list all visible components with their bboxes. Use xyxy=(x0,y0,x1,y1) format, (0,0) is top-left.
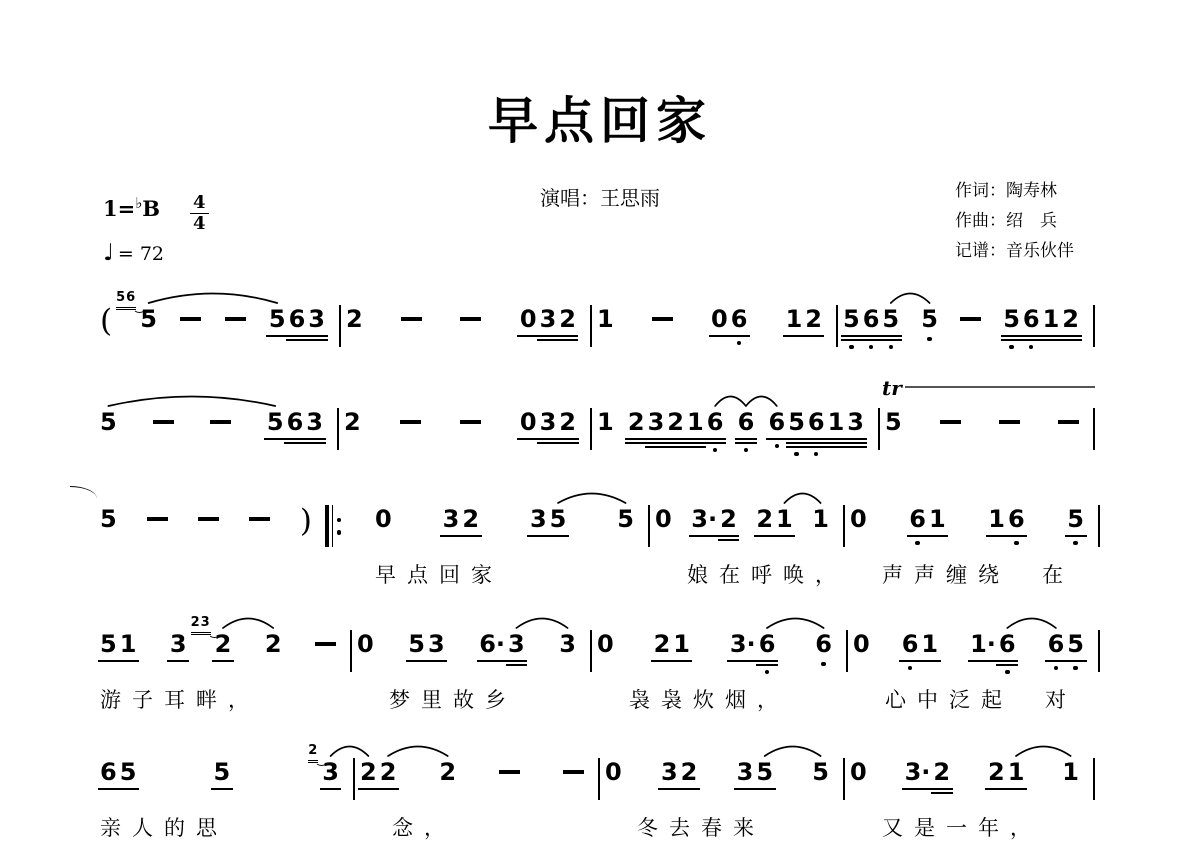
note-token: 3 xyxy=(428,630,445,662)
slur xyxy=(767,619,824,629)
beam-lines xyxy=(117,786,139,790)
lyric-line: 游子耳畔， xyxy=(100,688,260,714)
beat-group: 65 xyxy=(100,758,136,790)
note-token: 1· xyxy=(970,630,996,662)
note-token: 2 xyxy=(462,505,479,537)
dash-note xyxy=(147,505,168,533)
octave-dot xyxy=(1073,541,1078,546)
beat-group: 5 xyxy=(885,408,902,436)
slur-layer xyxy=(95,733,1103,760)
dash-note xyxy=(940,408,961,436)
key-prefix: 1= xyxy=(103,196,135,222)
note-token: 1 xyxy=(786,305,803,337)
beam-lines xyxy=(1040,333,1062,341)
dash-note xyxy=(652,305,673,333)
lyric-line: 声声缠绕 在 xyxy=(850,563,1074,589)
note-token: 2 xyxy=(344,408,361,436)
note-token: 5 xyxy=(140,305,157,333)
note-token: 3 xyxy=(508,630,525,666)
beam-lines xyxy=(735,436,757,444)
octave-dot xyxy=(1009,345,1014,350)
note-token: 1 xyxy=(988,505,1005,537)
beam-lines xyxy=(1045,658,1067,662)
slur-layer xyxy=(95,280,1103,307)
octave-dot xyxy=(814,452,819,457)
beam-lines xyxy=(645,436,667,448)
rest-token: 0 xyxy=(850,505,867,533)
note-token: 5 xyxy=(100,630,117,662)
octave-dot xyxy=(1073,666,1078,671)
note-token: 2 xyxy=(360,758,377,790)
measure: 5563 xyxy=(95,408,339,456)
beat-group: 5 xyxy=(213,758,230,790)
note-token: 3 xyxy=(648,408,665,448)
song-title: 早点回家 xyxy=(0,90,1200,152)
beam-lines xyxy=(754,786,776,790)
note-token: 1 xyxy=(1062,758,1079,786)
beam-lines xyxy=(517,333,539,337)
beam-lines xyxy=(718,533,740,541)
slur xyxy=(223,619,273,629)
composer-credit: 作曲：绍 兵 xyxy=(955,206,1074,236)
measure xyxy=(320,505,370,553)
beam-lines xyxy=(98,786,120,790)
meter-denominator: 4 xyxy=(190,213,209,234)
rest-token: 0 xyxy=(605,758,622,786)
beat-group: 12 xyxy=(786,305,822,337)
beat-group: 5 xyxy=(100,408,117,436)
dash-note xyxy=(315,630,336,658)
beam-lines xyxy=(734,786,756,790)
beat-group: 32 xyxy=(661,758,697,790)
dash-note xyxy=(563,758,584,786)
beam-lines xyxy=(786,436,808,448)
note-token: 6 xyxy=(999,630,1016,674)
slur xyxy=(331,747,369,757)
dash-note xyxy=(499,758,520,786)
beam-lines xyxy=(927,533,949,537)
beam-lines xyxy=(460,533,482,537)
octave-dot xyxy=(1005,670,1010,675)
beam-lines xyxy=(320,786,342,790)
beat-group: 0 xyxy=(375,505,392,533)
music-line: (56556320321061256555612 xyxy=(95,305,1103,353)
beam-lines xyxy=(805,436,827,448)
beat-group xyxy=(153,408,174,436)
measure: 0536·33 梦里故乡 xyxy=(352,630,592,678)
beam-lines xyxy=(783,333,805,337)
beam-lines xyxy=(985,786,1007,790)
beam-lines xyxy=(284,436,306,444)
beat-group: ) xyxy=(300,505,312,537)
note-token: 2 xyxy=(380,758,397,790)
beat-group xyxy=(999,408,1020,436)
note-token: 3 xyxy=(530,505,547,537)
note-token: 1 xyxy=(1043,305,1060,341)
beat-group: 1 xyxy=(1062,758,1079,786)
beam-lines xyxy=(986,533,1008,537)
note-token: 5 xyxy=(1003,305,1020,349)
note-token: 2 xyxy=(559,408,576,444)
dash-note xyxy=(180,305,201,333)
note-token: 2 xyxy=(1062,305,1079,341)
beat-group: 65 xyxy=(1048,630,1084,670)
note-token: 3· xyxy=(691,505,717,537)
rest-token: 0 xyxy=(520,305,537,337)
beat-group: 0 xyxy=(357,630,374,658)
beam-lines xyxy=(477,658,508,662)
note-token: 5 xyxy=(882,305,899,349)
beam-lines xyxy=(919,658,941,662)
note-token: 3 xyxy=(661,758,678,790)
beat-group: 53 xyxy=(408,630,444,662)
lyric-line: 亲人的思 xyxy=(100,816,228,842)
key-signature: 1=♭B 4 4 xyxy=(103,196,209,234)
rest-token: 0 xyxy=(375,505,392,533)
trill-marking: tr xyxy=(882,378,1095,398)
beam-lines xyxy=(406,658,428,662)
note-token: 5 xyxy=(408,630,425,662)
note-token: 1 xyxy=(921,630,938,662)
beam-lines xyxy=(899,658,921,662)
slur-layer xyxy=(95,605,1103,632)
beat-group: 32 xyxy=(443,505,479,537)
beat-group xyxy=(315,630,336,658)
note-token: 5 xyxy=(1067,630,1084,670)
measure: 032355早点回家 xyxy=(370,505,650,553)
beam-lines xyxy=(98,658,120,662)
octave-dot xyxy=(765,670,770,675)
beam-lines xyxy=(625,436,647,444)
note-token: 2 xyxy=(215,630,232,662)
rest-token: 0 xyxy=(850,758,867,786)
meter-numerator: 4 xyxy=(190,193,209,213)
tempo-marking: ♩= 72 xyxy=(103,240,164,267)
beam-lines xyxy=(825,436,847,448)
slur xyxy=(784,494,820,504)
note-token: 2 xyxy=(667,408,684,448)
octave-dot xyxy=(1054,666,1059,671)
beat-group: 23216 xyxy=(628,408,724,452)
octave-dot xyxy=(908,666,913,671)
beam-lines xyxy=(1020,333,1042,341)
beat-group: 6 xyxy=(815,630,832,666)
slur xyxy=(558,494,626,504)
beat-group: 06 xyxy=(711,305,747,345)
slur xyxy=(1007,619,1056,629)
beam-lines xyxy=(1005,786,1027,790)
beat-group: 0 xyxy=(605,758,622,786)
beam-lines xyxy=(527,533,549,537)
octave-dot xyxy=(849,345,854,350)
beat-group: 0 xyxy=(850,505,867,533)
measure: 5tr xyxy=(880,408,1095,456)
dash-note xyxy=(198,505,219,533)
beam-lines xyxy=(517,436,539,440)
measure: 5) xyxy=(95,505,320,553)
slur xyxy=(388,747,448,757)
beat-group: 21 xyxy=(988,758,1024,790)
note-token: 3 xyxy=(308,305,325,341)
slur xyxy=(891,294,930,304)
beat-group: (565 xyxy=(100,305,157,337)
note-token: 2 xyxy=(805,305,822,337)
beam-lines xyxy=(727,658,758,662)
beam-lines xyxy=(774,533,796,537)
beat-group xyxy=(400,408,421,436)
dash-note xyxy=(249,505,270,533)
beat-group xyxy=(563,758,584,786)
dash-note xyxy=(999,408,1020,436)
octave-dot xyxy=(915,541,920,546)
beam-lines xyxy=(902,786,933,790)
rest-token: 0 xyxy=(655,505,672,533)
beat-group: 35 xyxy=(530,505,566,537)
beat-group xyxy=(198,505,219,533)
beat-group: 032 xyxy=(520,408,576,444)
note-token: 6 xyxy=(909,505,926,545)
beam-lines xyxy=(756,658,778,666)
dash-note xyxy=(210,408,231,436)
lyric-line: 早点回家 xyxy=(375,563,503,589)
beat-group: 3·2 xyxy=(691,505,737,541)
grace-note: 23 xyxy=(191,616,211,635)
octave-dot xyxy=(1029,345,1034,350)
beam-lines xyxy=(1065,533,1087,537)
beat-group: 3232 xyxy=(170,630,232,662)
note-token: 3 xyxy=(540,305,557,341)
beat-group: 2 xyxy=(346,305,363,333)
dash-note xyxy=(960,305,981,333)
beat-group xyxy=(147,505,168,533)
note-token: 6 xyxy=(287,408,304,444)
note-token: 3 xyxy=(322,758,339,790)
rest-token: 0 xyxy=(597,630,614,658)
note-token: 1 xyxy=(828,408,845,448)
beat-group xyxy=(210,408,231,436)
note-token: 6 xyxy=(731,305,748,345)
slur xyxy=(765,747,821,757)
note-token: 6 xyxy=(289,305,306,341)
beat-group: 6·3 xyxy=(479,630,525,666)
beat-group xyxy=(401,305,422,333)
beam-lines xyxy=(880,333,902,341)
credits-block: 作词：陶寿林 作曲：绍 兵 记谱：音乐伙伴 xyxy=(955,176,1074,266)
note-token: 1 xyxy=(929,505,946,537)
beat-group: 21 xyxy=(654,630,690,662)
lyric-line: 又是一年， xyxy=(850,816,1042,842)
note-token: 5 xyxy=(100,505,117,533)
note-token: 5 xyxy=(885,408,902,436)
beat-group: 1 xyxy=(812,505,829,533)
grace-note: 56 xyxy=(116,291,136,310)
beat-group xyxy=(249,505,270,533)
beat-group: 51 xyxy=(100,630,136,662)
note-token: 5 xyxy=(213,758,230,790)
beam-lines xyxy=(306,333,328,341)
note-token: 2 xyxy=(756,505,773,537)
beat-group: 3·2 xyxy=(905,758,951,794)
beam-lines xyxy=(754,533,776,537)
quarter-note-icon: ♩ xyxy=(103,240,114,266)
note-token: 6 xyxy=(738,408,755,452)
note-token: 5 xyxy=(120,758,137,790)
beat-group: 5 xyxy=(921,305,938,341)
dash-note xyxy=(460,305,481,333)
beat-group xyxy=(499,758,520,786)
measure: 123216665613 xyxy=(592,408,880,456)
octave-dot xyxy=(889,345,894,350)
beam-lines xyxy=(211,786,233,790)
beat-group xyxy=(225,305,246,333)
note-token: 6· xyxy=(479,630,505,662)
beat-group: 65613 xyxy=(768,408,864,456)
beam-lines xyxy=(1006,533,1028,537)
music-line: 556320321232166656135tr xyxy=(95,408,1103,456)
beam-lines xyxy=(266,333,288,337)
parenthesis: ) xyxy=(300,505,312,537)
octave-dot xyxy=(794,452,799,457)
note-token: 3· xyxy=(905,758,931,790)
beam-lines xyxy=(766,436,788,440)
slur xyxy=(516,619,567,629)
beam-lines xyxy=(704,436,726,444)
beat-group xyxy=(960,305,981,333)
octave-dot xyxy=(713,448,718,453)
beat-group: 5 xyxy=(100,505,117,533)
beam-lines xyxy=(286,333,308,341)
lyric-line: 冬去春来 xyxy=(605,816,765,842)
beat-group xyxy=(180,305,201,333)
beam-lines xyxy=(968,658,999,662)
octave-dot xyxy=(737,341,742,346)
beam-lines xyxy=(440,533,462,537)
beam-lines xyxy=(907,533,929,537)
beat-group xyxy=(460,305,481,333)
note-token: 5 xyxy=(269,305,286,337)
note-token: 6 xyxy=(1048,630,1065,670)
measure: 03·2211 娘在呼唤， xyxy=(650,505,845,553)
beam-lines xyxy=(709,333,731,337)
beam-lines xyxy=(678,786,700,790)
note-token: 1 xyxy=(776,505,793,537)
beat-group: 35 xyxy=(737,758,773,790)
beam-lines xyxy=(841,333,863,341)
beam-lines xyxy=(1065,658,1087,662)
beat-group: 6 xyxy=(738,408,755,452)
dash-note xyxy=(460,408,481,436)
beam-lines xyxy=(557,333,579,341)
beam-lines xyxy=(304,436,326,444)
beat-group xyxy=(325,505,341,547)
beam-lines xyxy=(845,436,867,448)
beat-group: 61 xyxy=(909,505,945,545)
beam-lines xyxy=(377,786,399,790)
beam-lines xyxy=(425,658,447,662)
dash-note xyxy=(1058,408,1079,436)
note-token: 2 xyxy=(346,305,363,333)
sheet-music-page: 早点回家 演唱：王思雨 作词：陶寿林 作曲：绍 兵 记谱：音乐伙伴 1=♭B 4… xyxy=(0,0,1200,850)
note-token: 2 xyxy=(720,505,737,541)
rest-token: 0 xyxy=(853,630,870,658)
note-token: 1 xyxy=(120,630,137,662)
music-line: 5132322游子耳畔，0536·33 梦里故乡0213·66 袅袅炊烟，061… xyxy=(95,630,1103,678)
note-token: 5 xyxy=(921,305,938,341)
note-token: 2 xyxy=(681,758,698,790)
note-token: 5 xyxy=(267,408,284,440)
note-token: 3 xyxy=(847,408,864,448)
note-token: 6 xyxy=(863,305,880,349)
beat-group: 5 xyxy=(617,505,634,533)
slur xyxy=(1016,747,1071,757)
flat-icon: ♭ xyxy=(135,190,142,216)
note-token: 5 xyxy=(843,305,860,349)
lyric-line: 梦里故乡 xyxy=(357,688,517,714)
lyric-line: 娘在呼唤， xyxy=(655,563,847,589)
beat-group xyxy=(460,408,481,436)
note-token: 5 xyxy=(617,505,634,533)
note-token: 5 xyxy=(788,408,805,456)
octave-dot xyxy=(744,448,749,453)
note-token: 6 xyxy=(100,758,117,790)
note-token: 3 xyxy=(306,408,323,444)
note-token: 3· xyxy=(730,630,756,662)
beam-lines xyxy=(689,533,720,537)
note-token: 2 xyxy=(654,630,671,662)
beam-lines xyxy=(537,436,559,444)
note-token: 6 xyxy=(759,630,776,674)
slur-layer xyxy=(95,383,1103,410)
parenthesis: ( xyxy=(100,305,112,337)
dash-note xyxy=(225,305,246,333)
beat-group: 21 xyxy=(756,505,792,537)
beat-group: 22 xyxy=(360,758,396,790)
note-token: 2 xyxy=(628,408,645,444)
octave-dot xyxy=(1014,541,1019,546)
note-token: 1 xyxy=(687,408,704,448)
note-token: 2 xyxy=(988,758,1005,790)
measure: 2032 xyxy=(341,305,592,353)
tie-fragment xyxy=(70,486,97,499)
slur xyxy=(108,397,275,407)
octave-dot xyxy=(821,662,826,667)
octave-dot xyxy=(869,345,874,350)
notation-credit: 记谱：音乐伙伴 xyxy=(955,236,1074,266)
note-token: 5 xyxy=(550,505,567,537)
note-token: 1 xyxy=(673,630,690,662)
note-token: 3 xyxy=(559,630,576,658)
music-line: 5)032355早点回家03·2211 娘在呼唤，061165 声声缠绕 在 xyxy=(95,505,1103,553)
measure: 56555612 xyxy=(838,305,1095,353)
measure: 65523亲人的思 xyxy=(95,758,355,806)
beat-group: 0 xyxy=(853,630,870,658)
measure: 2032 xyxy=(339,408,592,456)
note-token: 1 xyxy=(597,408,614,436)
beat-group: 3·6 xyxy=(730,630,776,674)
beam-lines xyxy=(167,658,189,662)
measure: 0213·66 袅袅炊烟， xyxy=(592,630,848,678)
note-token: 6 xyxy=(815,630,832,666)
beat-group xyxy=(940,408,961,436)
note-token: 6 xyxy=(808,408,825,456)
beat-group: 1 xyxy=(597,408,614,436)
dash-note xyxy=(400,408,421,436)
measure: 03·2211 又是一年， xyxy=(845,758,1095,806)
beam-lines xyxy=(803,333,825,337)
beat-group xyxy=(652,305,673,333)
measure: (565563 xyxy=(95,305,341,353)
note-token: 3 xyxy=(170,630,187,662)
